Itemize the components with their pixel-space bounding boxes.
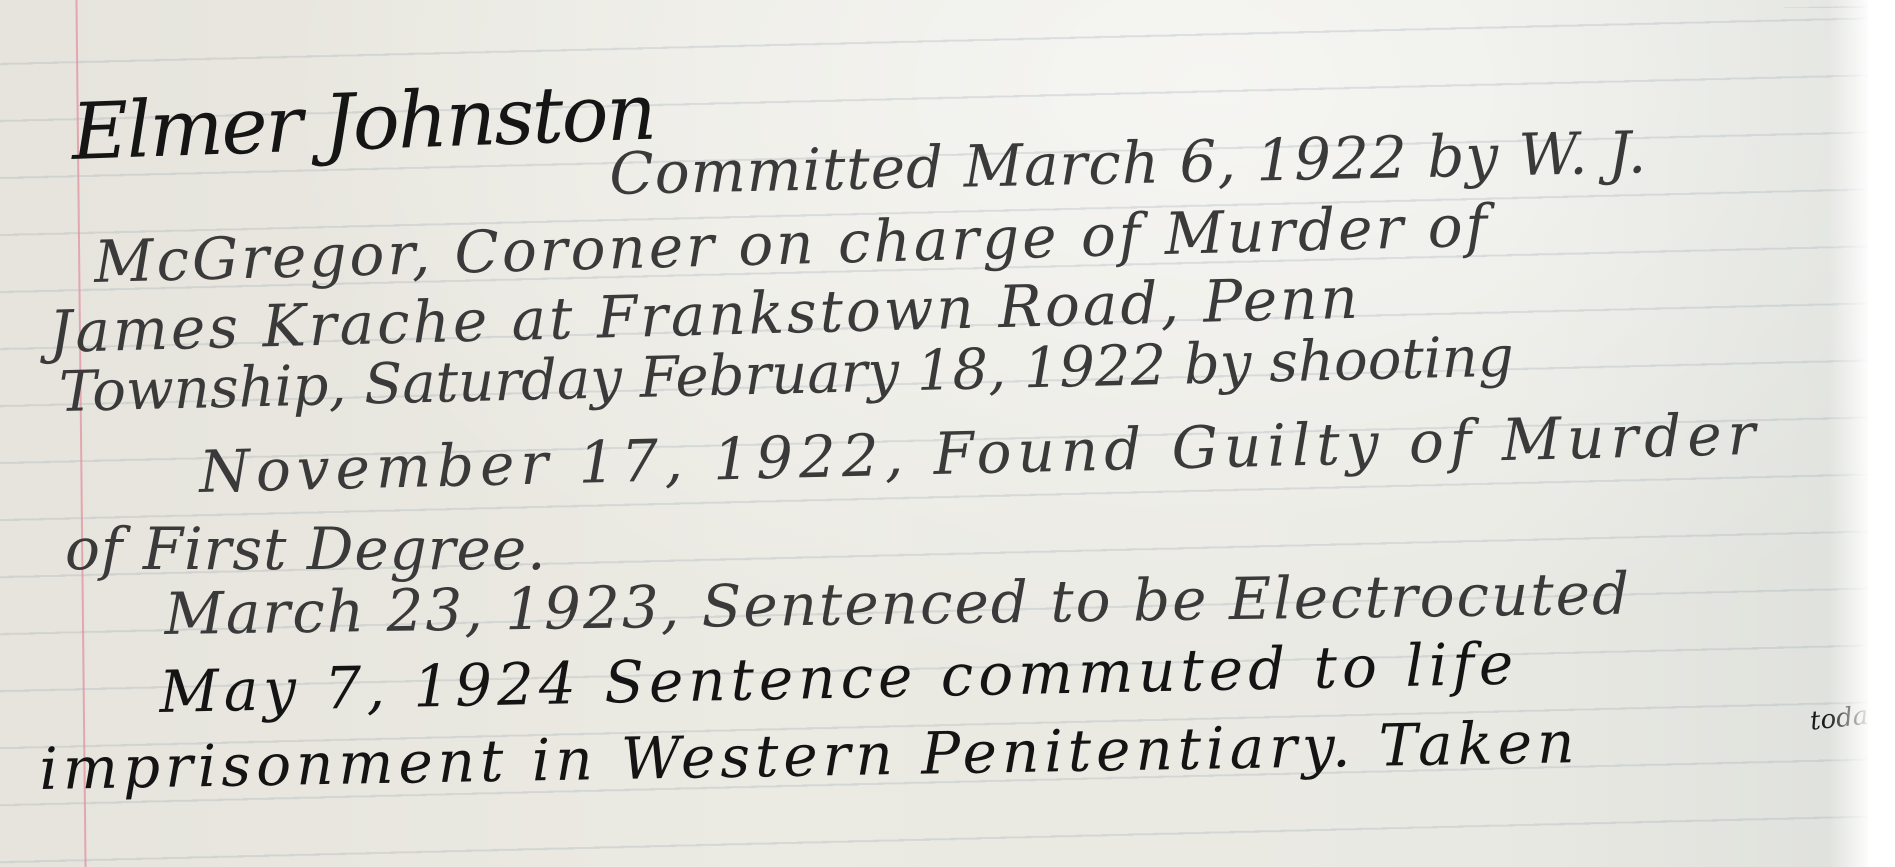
ledger-page: Elmer Johnston Committed March 6, 1922 b… bbox=[0, 0, 1868, 867]
margin-note: today bbox=[1809, 699, 1868, 736]
entry-line-degree: of First Degree. bbox=[65, 515, 547, 583]
